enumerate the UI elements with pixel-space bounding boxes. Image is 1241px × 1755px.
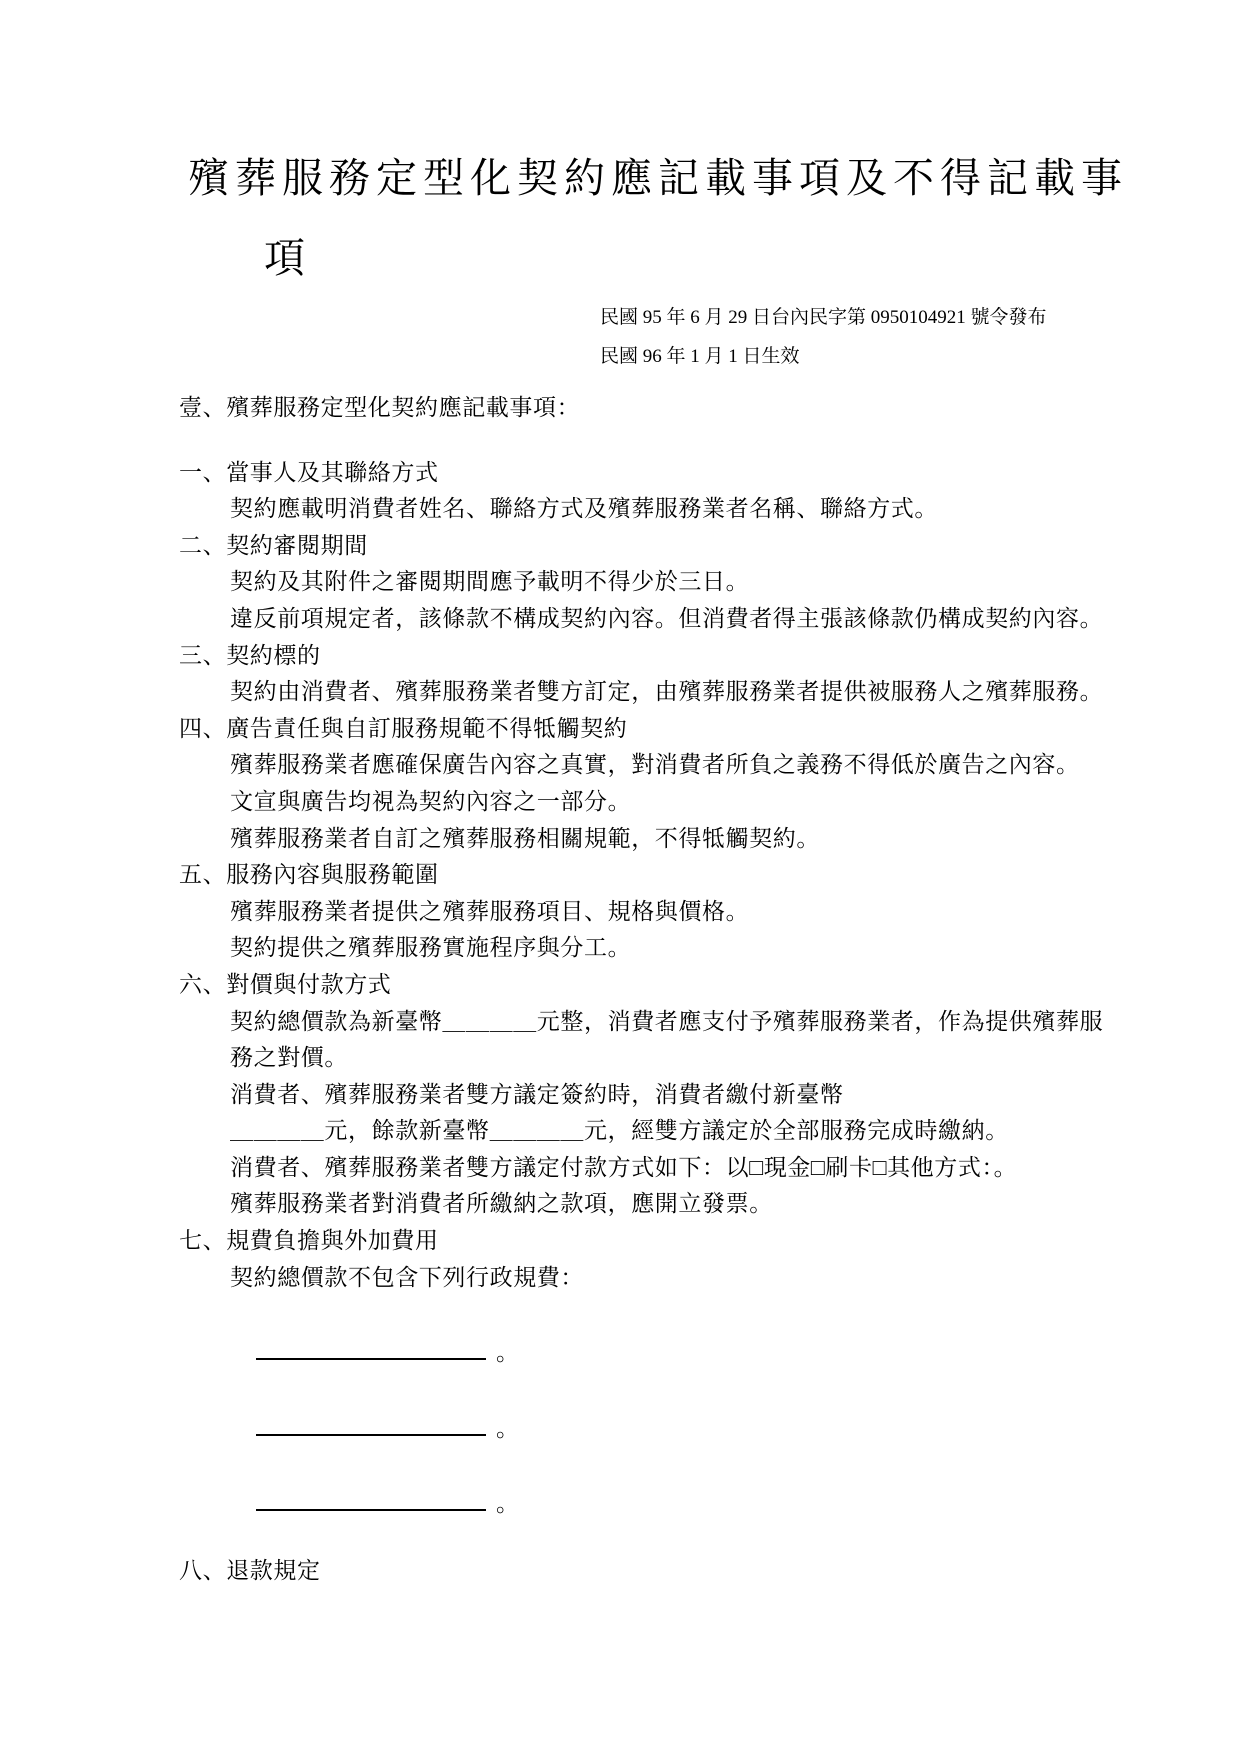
blank-period: 。 [496,1416,520,1441]
promulgation-date-line: 民國 95 年 6 月 29 日台內民字第 0950104921 號令發布 [600,298,1047,337]
clause-heading: 六、對價與付款方式 [0,967,1241,1004]
document-title-line2: 項 [188,218,1128,298]
document-body: 壹、殯葬服務定型化契約應記載事項：一、當事人及其聯絡方式契約應載明消費者姓名、聯… [0,390,1241,1590]
fill-in-blank-line: 。 [0,1483,1241,1523]
clause-text-line: ＿＿＿＿元，餘款新臺幣＿＿＿＿元，經雙方議定於全部服務完成時繳納。 [0,1113,1241,1150]
clause-text-line: 殯葬服務業者對消費者所繳納之款項，應開立發票。 [0,1186,1241,1223]
clause-text-line: 務之對價。 [0,1040,1241,1077]
document-title-line1: 殯葬服務定型化契約應記載事項及不得記載事 [188,138,1128,218]
clause-text-line: 違反前項規定者，該條款不構成契約內容。但消費者得主張該條款仍構成契約內容。 [0,601,1241,638]
clause-heading: 三、契約標的 [0,638,1241,675]
clause-text-line: 契約總價款為新臺幣＿＿＿＿元整，消費者應支付予殯葬服務業者，作為提供殯葬服 [0,1004,1241,1041]
clause-heading: 四、廣告責任與自訂服務規範不得牴觸契約 [0,711,1241,748]
document-title: 殯葬服務定型化契約應記載事項及不得記載事 項 [188,138,1128,298]
clause-text-line: 消費者、殯葬服務業者雙方議定付款方式如下：以□現金□刷卡□其他方式：。 [0,1150,1241,1187]
clause-text-line: 文宣與廣告均視為契約內容之一部分。 [0,784,1241,821]
clause-text-line: 契約提供之殯葬服務實施程序與分工。 [0,930,1241,967]
blank-underline [256,1332,486,1360]
blank-underline [256,1483,486,1511]
clause-text-line: 契約由消費者、殯葬服務業者雙方訂定，由殯葬服務業者提供被服務人之殯葬服務。 [0,674,1241,711]
blank-period: 。 [496,1491,520,1516]
clause-text-line: 契約及其附件之審閱期間應予載明不得少於三日。 [0,564,1241,601]
document-page: 殯葬服務定型化契約應記載事項及不得記載事 項 民國 95 年 6 月 29 日台… [0,0,1241,1755]
clause-heading: 二、契約審閱期間 [0,528,1241,565]
clause-heading: 一、當事人及其聯絡方式 [0,455,1241,492]
clause-heading: 七、規費負擔與外加費用 [0,1223,1241,1260]
fill-in-blank-line: 。 [0,1408,1241,1448]
fill-in-blank-line: 。 [0,1332,1241,1372]
clause-text-line: 殯葬服務業者自訂之殯葬服務相關規範，不得牴觸契約。 [0,821,1241,858]
clause-text-line: 殯葬服務業者提供之殯葬服務項目、規格與價格。 [0,894,1241,931]
clause-text-line: 殯葬服務業者應確保廣告內容之真實，對消費者所負之義務不得低於廣告之內容。 [0,747,1241,784]
clause-text-line: 契約應載明消費者姓名、聯絡方式及殯葬服務業者名稱、聯絡方式。 [0,491,1241,528]
clause-heading: 五、服務內容與服務範圍 [0,857,1241,894]
blank-underline [256,1408,486,1436]
promulgation-info: 民國 95 年 6 月 29 日台內民字第 0950104921 號令發布 民國… [600,298,1047,376]
blank-period: 。 [496,1340,520,1365]
effective-date-line: 民國 96 年 1 月 1 日生效 [600,337,1047,376]
section-heading: 壹、殯葬服務定型化契約應記載事項： [0,390,1241,427]
clause-text-line: 消費者、殯葬服務業者雙方議定簽約時，消費者繳付新臺幣 [0,1077,1241,1114]
clause-text-line: 契約總價款不包含下列行政規費： [0,1260,1241,1297]
clause-heading: 八、退款規定 [0,1553,1241,1590]
